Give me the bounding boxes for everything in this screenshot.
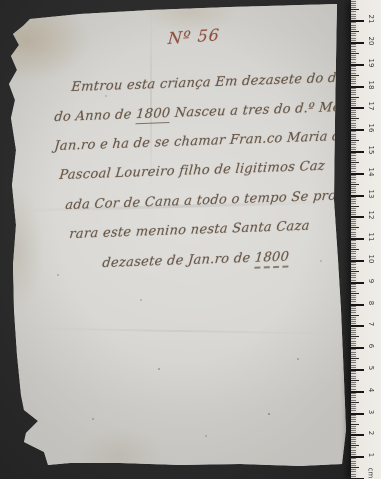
ruler-minor-tick <box>351 188 356 189</box>
ruler-minor-tick <box>351 199 356 200</box>
handwriting-line-6: rara este menino nesta Santa Caza <box>69 219 311 242</box>
ruler-minor-tick <box>351 55 356 56</box>
ruler-minor-tick <box>351 46 356 47</box>
ruler-minor-tick <box>351 273 356 274</box>
ruler-minor-tick <box>351 463 356 464</box>
ruler-minor-tick <box>351 223 356 224</box>
ruler-minor-tick <box>351 271 359 272</box>
ruler-minor-tick <box>351 334 356 335</box>
ruler-minor-tick <box>351 164 356 165</box>
ruler-minor-tick <box>351 249 359 250</box>
ruler-cm-tick <box>351 238 364 240</box>
ruler-minor-tick <box>351 57 356 58</box>
ruler-minor-tick <box>351 454 356 455</box>
ruler-minor-tick <box>351 467 359 468</box>
ruler-minor-tick <box>351 319 356 320</box>
ruler-minor-tick <box>351 341 356 342</box>
ruler-minor-tick <box>351 153 356 154</box>
ruler-minor-tick <box>351 168 356 169</box>
ruler-minor-tick <box>351 232 356 233</box>
ruler-cm-tick <box>351 151 364 153</box>
ruler-cm-tick <box>351 216 364 218</box>
ruler-minor-tick <box>351 267 356 268</box>
ruler-minor-tick <box>351 101 356 102</box>
ruler-minor-tick <box>351 234 356 235</box>
ruler-minor-tick <box>351 166 356 167</box>
ruler-minor-tick <box>351 192 356 193</box>
ruler-minor-tick <box>351 376 356 377</box>
ruler-minor-tick <box>351 323 356 324</box>
ruler-minor-tick <box>351 330 356 331</box>
ruler-number-label: 18 <box>367 79 375 91</box>
ruler-minor-tick <box>351 419 356 420</box>
ruler-minor-tick <box>351 476 356 477</box>
ruler-minor-tick <box>351 447 356 448</box>
ruler-minor-tick <box>351 443 356 444</box>
ruler-cm-tick <box>351 129 364 131</box>
ruler-minor-tick <box>351 103 356 104</box>
ruler-number-label: 1 <box>367 449 375 461</box>
ruler-number-label: 2 <box>367 427 375 439</box>
ruler-minor-tick <box>351 286 356 287</box>
ruler-number-label: 7 <box>367 318 375 330</box>
ruler-minor-tick <box>351 404 356 405</box>
paper-crease <box>30 327 330 334</box>
ruler-minor-tick <box>351 158 356 159</box>
ruler-minor-tick <box>351 458 356 459</box>
ruler-minor-tick <box>351 301 356 302</box>
ruler-minor-tick <box>351 308 356 309</box>
ruler-minor-tick <box>351 212 356 213</box>
ruler-minor-tick <box>351 88 356 89</box>
line2-suffix: Nasceu a tres do d.º Mes de <box>170 99 370 121</box>
ruler-number-label: 17 <box>367 100 375 112</box>
ruler-minor-tick <box>351 97 359 98</box>
ruler-minor-tick <box>351 29 356 30</box>
ruler-minor-tick <box>351 144 356 145</box>
ruler-minor-tick <box>351 465 356 466</box>
ruler-minor-tick <box>351 201 356 202</box>
manuscript-paper: Nº 56 Emtrou esta criança Em dezasete do… <box>0 0 381 479</box>
ruler-minor-tick <box>351 179 356 180</box>
ruler-minor-tick <box>351 386 356 387</box>
ruler-minor-tick <box>351 118 359 119</box>
ruler-minor-tick <box>351 229 356 230</box>
ruler-minor-tick <box>351 424 359 425</box>
ruler-minor-tick <box>351 367 356 368</box>
ruler-cm-tick <box>351 325 364 327</box>
ruler-cm-tick <box>351 434 364 436</box>
ruler-minor-tick <box>351 291 356 292</box>
ruler-minor-tick <box>351 225 356 226</box>
handwriting-date-line: dezasete de Jan.ro de 1800 <box>102 249 290 271</box>
photo-stage: Nº 56 Emtrou esta criança Em dezasete do… <box>0 0 381 479</box>
ruler-minor-tick <box>351 471 356 472</box>
ruler-number-label: 8 <box>367 297 375 309</box>
ruler-cm-tick <box>351 86 364 88</box>
ruler-minor-tick <box>351 336 359 337</box>
ruler-number-label: 15 <box>367 144 375 156</box>
ruler-minor-tick <box>351 356 356 357</box>
ruler-minor-tick <box>351 186 356 187</box>
ruler-minor-tick <box>351 83 356 84</box>
ruler-minor-tick <box>351 256 356 257</box>
ruler-minor-tick <box>351 206 359 207</box>
ruler-minor-tick <box>351 310 356 311</box>
ruler-cm-tick <box>351 304 364 306</box>
ruler-minor-tick <box>351 236 356 237</box>
ruler-minor-tick <box>351 380 359 381</box>
ruler-minor-tick <box>351 90 356 91</box>
ruler-number-label: 14 <box>367 166 375 178</box>
ruler-minor-tick <box>351 214 356 215</box>
ruler-minor-tick <box>351 389 356 390</box>
ruler-minor-tick <box>351 105 356 106</box>
ruler-minor-tick <box>351 208 356 209</box>
ruler-minor-tick <box>351 432 356 433</box>
date-prefix: dezasete de Jan.ro de <box>102 251 256 271</box>
ruler-minor-tick <box>351 184 359 185</box>
measurement-ruler: 123456789101112131415161718192021cm <box>351 0 381 479</box>
ruler-minor-tick <box>351 136 356 137</box>
ruler-minor-tick <box>351 110 356 111</box>
ruler-number-label: 5 <box>367 362 375 374</box>
ruler-minor-tick <box>351 134 356 135</box>
ruler-minor-tick <box>351 171 356 172</box>
ruler-minor-tick <box>351 147 356 148</box>
ruler-minor-tick <box>351 247 356 248</box>
ruler-number-label: 6 <box>367 340 375 352</box>
ruler-minor-tick <box>351 430 356 431</box>
ruler-minor-tick <box>351 16 356 17</box>
ruler-minor-tick <box>351 299 356 300</box>
ruler-minor-tick <box>351 295 356 296</box>
ruler-minor-tick <box>351 227 359 228</box>
ruler-cm-tick <box>351 173 364 175</box>
ruler-minor-tick <box>351 417 356 418</box>
ruler-minor-tick <box>351 9 359 10</box>
ruler-number-label: 16 <box>367 122 375 134</box>
ruler-minor-tick <box>351 328 356 329</box>
ruler-minor-tick <box>351 11 356 12</box>
ruler-minor-tick <box>351 312 356 313</box>
ruler-minor-tick <box>351 175 356 176</box>
ruler-minor-tick <box>351 452 356 453</box>
ruler-minor-tick <box>351 354 356 355</box>
ruler-minor-tick <box>351 94 356 95</box>
ruler-minor-tick <box>351 349 356 350</box>
ruler-minor-tick <box>351 1 356 2</box>
ruler-minor-tick <box>351 131 356 132</box>
ruler-minor-tick <box>351 445 359 446</box>
ruler-minor-tick <box>351 288 356 289</box>
ruler-minor-tick <box>351 77 356 78</box>
ruler-minor-tick <box>351 44 356 45</box>
ruler-minor-tick <box>351 345 356 346</box>
ruler-minor-tick <box>351 321 356 322</box>
ruler-minor-tick <box>351 155 356 156</box>
ruler-minor-tick <box>351 62 356 63</box>
ruler-minor-tick <box>351 245 356 246</box>
ruler-minor-tick <box>351 393 356 394</box>
ruler-minor-tick <box>351 469 356 470</box>
ruler-minor-tick <box>351 474 356 475</box>
ruler-minor-tick <box>351 120 356 121</box>
ruler-minor-tick <box>351 182 356 183</box>
ruler-minor-tick <box>351 360 356 361</box>
ruler-minor-tick <box>351 284 356 285</box>
ruler-minor-tick <box>351 33 356 34</box>
ruler-cm-tick <box>351 64 364 66</box>
ruler-minor-tick <box>351 352 356 353</box>
ruler-minor-tick <box>351 262 356 263</box>
ruler-minor-tick <box>351 426 356 427</box>
ruler-minor-tick <box>351 428 356 429</box>
ruler-minor-tick <box>351 332 356 333</box>
ruler-number-label: 12 <box>367 209 375 221</box>
ruler-minor-tick <box>351 382 356 383</box>
ruler-minor-tick <box>351 264 356 265</box>
ruler-minor-tick <box>351 439 356 440</box>
ruler-cm-tick <box>351 195 364 197</box>
ruler-cm-tick <box>351 42 364 44</box>
ruler-minor-tick <box>351 140 359 141</box>
ruler-minor-tick <box>351 408 356 409</box>
ruler-minor-tick <box>351 415 356 416</box>
ruler-minor-tick <box>351 269 356 270</box>
ruler-cm-tick <box>351 347 364 349</box>
handwriting-line-1: Emtrou esta criança Em dezasete do d.to <box>71 70 356 95</box>
ruler-minor-tick <box>351 240 356 241</box>
ruler-number-label: 10 <box>367 253 375 265</box>
ruler-minor-tick <box>351 251 356 252</box>
ruler-minor-tick <box>351 450 356 451</box>
ruler-minor-tick <box>351 138 356 139</box>
ruler-minor-tick <box>351 35 356 36</box>
ruler-minor-tick <box>351 112 356 113</box>
ruler-cm-tick <box>351 20 364 22</box>
ruler-minor-tick <box>351 59 356 60</box>
ruler-cm-tick <box>351 413 364 415</box>
ruler-minor-tick <box>351 125 356 126</box>
ruler-minor-tick <box>351 406 356 407</box>
paper-crease <box>150 10 152 190</box>
ruler-minor-tick <box>351 338 356 339</box>
ruler-minor-tick <box>351 25 356 26</box>
ruler-minor-tick <box>351 221 356 222</box>
ruler-minor-tick <box>351 18 356 19</box>
ruler-minor-tick <box>351 27 356 28</box>
handwriting-line-3: Jan.ro e ha de se chamar Fran.co Maria d… <box>54 127 381 154</box>
ruler-cm-tick <box>351 107 364 109</box>
ruler-minor-tick <box>351 49 356 50</box>
ruler-minor-tick <box>351 68 356 69</box>
underlined-year-1800: 1800 <box>135 106 171 124</box>
ruler-cm-tick <box>351 456 364 458</box>
ruler-number-label: 3 <box>367 406 375 418</box>
ruler-minor-tick <box>351 437 356 438</box>
ruler-minor-tick <box>351 38 356 39</box>
ruler-minor-tick <box>351 280 356 281</box>
ruler-cm-tick <box>351 282 364 284</box>
ruler-minor-tick <box>351 31 359 32</box>
ruler-minor-tick <box>351 219 356 220</box>
ruler-minor-tick <box>351 123 356 124</box>
ruler-minor-tick <box>351 306 356 307</box>
ruler-minor-tick <box>351 81 356 82</box>
ruler-minor-tick <box>351 5 356 6</box>
ruler-minor-tick <box>351 461 356 462</box>
ruler-cm-tick <box>351 391 364 393</box>
ruler-minor-tick <box>351 293 359 294</box>
foxing-spots <box>0 0 2 2</box>
line2-prefix: do Anno de <box>54 107 137 125</box>
ruler-minor-tick <box>351 441 356 442</box>
ruler-minor-tick <box>351 114 356 115</box>
ruler-minor-tick <box>351 3 356 4</box>
ruler-number-label: 21 <box>367 13 375 25</box>
ruler-minor-tick <box>351 358 359 359</box>
ruler-minor-tick <box>351 149 356 150</box>
ruler-minor-tick <box>351 243 356 244</box>
ruler-minor-tick <box>351 275 356 276</box>
ruler-minor-tick <box>351 378 356 379</box>
ruler-minor-tick <box>351 116 356 117</box>
ruler-minor-tick <box>351 373 356 374</box>
ruler-minor-tick <box>351 142 356 143</box>
ruler-minor-tick <box>351 371 356 372</box>
ruler-minor-tick <box>351 317 356 318</box>
ruler-minor-tick <box>351 277 356 278</box>
handwriting-line-4: Pascoal Loureiro filho de ligitimos Caz <box>59 159 326 183</box>
ruler-minor-tick <box>351 365 356 366</box>
handwriting-line-2: do Anno de 1800 Nasceu a tres do d.º Mes… <box>54 99 370 125</box>
ruler-minor-tick <box>351 402 359 403</box>
ruler-minor-tick <box>351 421 356 422</box>
ruler-minor-tick <box>351 14 356 15</box>
ruler-minor-tick <box>351 203 356 204</box>
document-number: Nº 56 <box>167 25 220 48</box>
ruler-minor-tick <box>351 362 356 363</box>
ruler-minor-tick <box>351 397 356 398</box>
ruler-minor-tick <box>351 400 356 401</box>
ruler-minor-tick <box>351 79 356 80</box>
ruler-number-label: 19 <box>367 57 375 69</box>
ruler-minor-tick <box>351 75 359 76</box>
ruler-number-label: 20 <box>367 35 375 47</box>
ruler-minor-tick <box>351 410 356 411</box>
ruler-cm-tick <box>351 260 364 262</box>
ruler-minor-tick <box>351 297 356 298</box>
ruler-minor-tick <box>351 66 356 67</box>
handwriting-line-5: ada Cor de Cana a todo o tempo Se procu <box>65 188 353 213</box>
ruler-minor-tick <box>351 51 356 52</box>
ruler-unit-label: cm <box>366 468 374 479</box>
ruler-minor-tick <box>351 70 356 71</box>
ruler-minor-tick <box>351 73 356 74</box>
ruler-minor-tick <box>351 315 359 316</box>
ruler-number-label: 9 <box>367 275 375 287</box>
ruler-minor-tick <box>351 197 356 198</box>
ruler-minor-tick <box>351 7 356 8</box>
ruler-minor-tick <box>351 177 356 178</box>
ruler-minor-tick <box>351 253 356 254</box>
ruler-minor-tick <box>351 210 356 211</box>
ruler-minor-tick <box>351 384 356 385</box>
ruler-minor-tick <box>351 53 359 54</box>
ruler-cm-tick <box>351 369 364 371</box>
ruler-number-label: 4 <box>367 384 375 396</box>
ruler-minor-tick <box>351 190 356 191</box>
ruler-minor-tick <box>351 99 356 100</box>
ruler-minor-tick <box>351 40 356 41</box>
ruler-number-label: 11 <box>367 231 375 243</box>
ruler-minor-tick <box>351 258 356 259</box>
ruler-number-label: 13 <box>367 188 375 200</box>
ruler-minor-tick <box>351 343 356 344</box>
ruler-minor-tick <box>351 92 356 93</box>
ruler-minor-tick <box>351 160 356 161</box>
ruler-minor-tick <box>351 395 356 396</box>
underlined-year-1800-date: 1800 <box>254 249 290 268</box>
ruler-minor-tick <box>351 22 356 23</box>
ruler-minor-tick <box>351 162 359 163</box>
ruler-minor-tick <box>351 127 356 128</box>
